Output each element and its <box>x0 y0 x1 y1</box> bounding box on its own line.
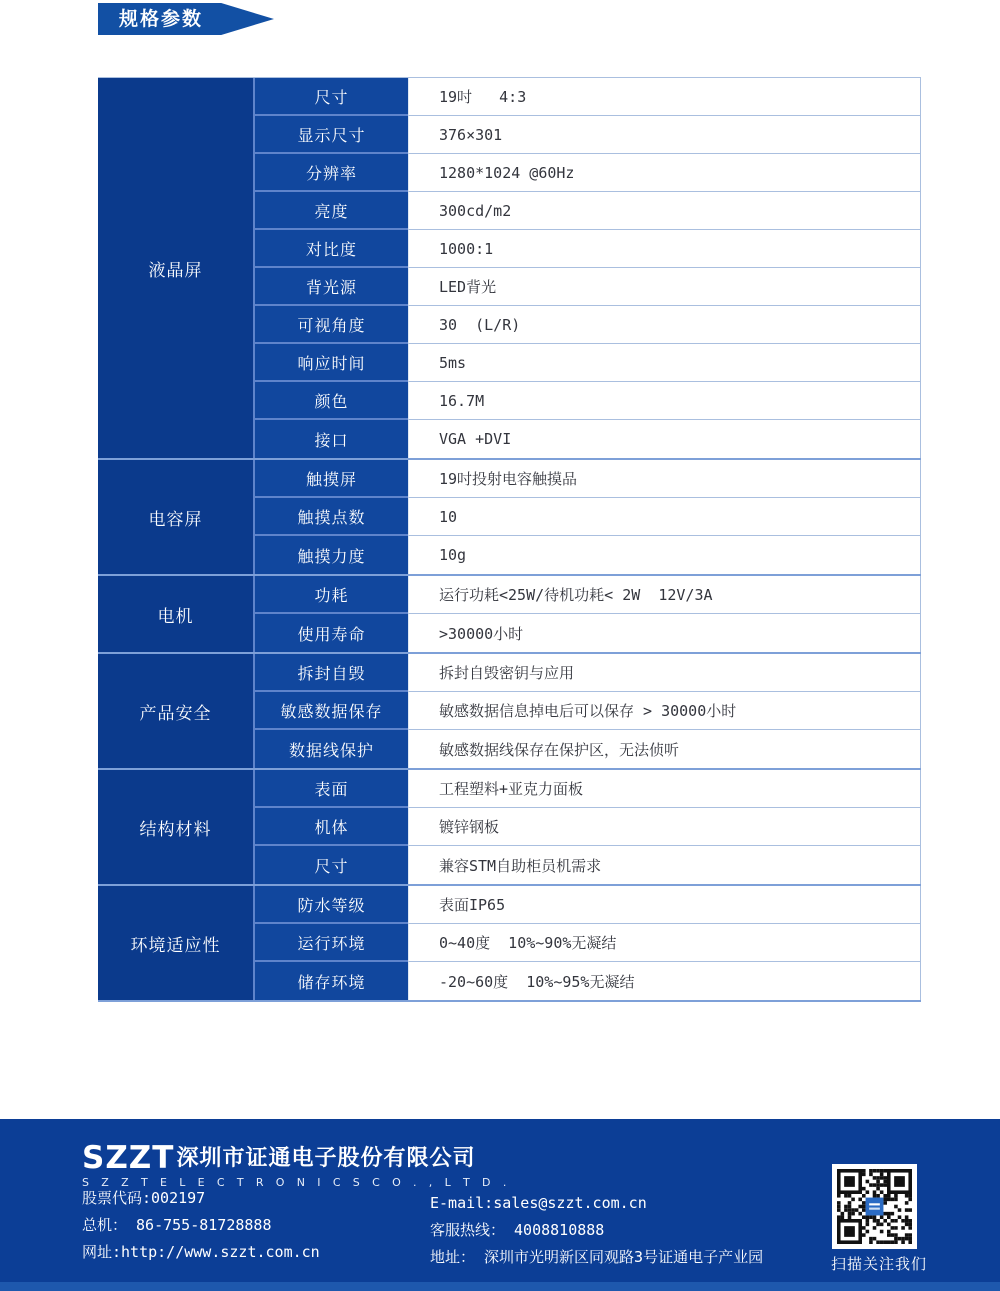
param-label: 拆封自毁 <box>255 654 408 692</box>
contact-info-left: 股票代码:002197 总机： 86-755-81728888 网址:http:… <box>82 1190 320 1271</box>
param-label: 运行环境 <box>255 924 408 962</box>
spec-section: 环境适应性 防水等级 表面IP65 运行环境 0~40度 10%~90%无凝结 … <box>98 886 921 1002</box>
param-label: 触摸点数 <box>255 498 408 536</box>
qr-code-image <box>837 1169 912 1244</box>
value-cell: 镀锌钢板 <box>408 808 921 846</box>
spec-sheet-page: 规格参数 液晶屏 尺寸 19吋 4:3 显示尺寸 376×301 分辨率 12 <box>0 0 1000 1291</box>
szzt-logo: SZZT <box>82 1143 174 1173</box>
spec-row: 触摸点数 10 <box>255 498 921 536</box>
value-cell: 10g <box>408 536 921 574</box>
spec-section: 电机 功耗 运行功耗<25W/待机功耗< 2W 12V/3A 使用寿命 >300… <box>98 576 921 654</box>
spec-row: 敏感数据保存 敏感数据信息掉电后可以保存 > 30000小时 <box>255 692 921 730</box>
website-url: 网址:http://www.szzt.com.cn <box>82 1244 320 1261</box>
value-cell: LED背光 <box>408 268 921 306</box>
param-label: 功耗 <box>255 576 408 614</box>
spec-row: 显示尺寸 376×301 <box>255 116 921 154</box>
company-address: 地址： 深圳市光明新区同观路3号证通电子产业园 <box>430 1249 763 1266</box>
spec-row: 储存环境 -20~60度 10%~95%无凝结 <box>255 962 921 1000</box>
section-rows: 拆封自毁 拆封自毁密钥与应用 敏感数据保存 敏感数据信息掉电后可以保存 > 30… <box>255 654 921 768</box>
value-cell: 兼容STM自助柜员机需求 <box>408 846 921 884</box>
param-label: 敏感数据保存 <box>255 692 408 730</box>
value-cell: 10 <box>408 498 921 536</box>
param-label: 储存环境 <box>255 962 408 1000</box>
footer-bottom-strip <box>0 1282 1000 1291</box>
value-cell: 敏感数据线保存在保护区，无法侦听 <box>408 730 921 768</box>
footer: SZZT 深圳市证通电子股份有限公司 S Z Z T E L E C T R O… <box>0 1119 1000 1291</box>
qr-caption: 扫描关注我们 <box>831 1253 927 1274</box>
spec-row: 接口 VGA +DVI <box>255 420 921 458</box>
value-cell: 19吋 4:3 <box>408 78 921 116</box>
param-label: 分辨率 <box>255 154 408 192</box>
value-cell: -20~60度 10%~95%无凝结 <box>408 962 921 1000</box>
phone-number: 总机： 86-755-81728888 <box>82 1217 320 1234</box>
spec-row: 亮度 300cd/m2 <box>255 192 921 230</box>
value-cell: 敏感数据信息掉电后可以保存 > 30000小时 <box>408 692 921 730</box>
param-label: 接口 <box>255 420 408 458</box>
qr-code <box>832 1164 917 1249</box>
value-cell: VGA +DVI <box>408 420 921 458</box>
section-rows: 功耗 运行功耗<25W/待机功耗< 2W 12V/3A 使用寿命 >30000小… <box>255 576 921 652</box>
section-rows: 尺寸 19吋 4:3 显示尺寸 376×301 分辨率 1280*1024 @6… <box>255 78 921 458</box>
value-cell: >30000小时 <box>408 614 921 652</box>
spec-row: 尺寸 兼容STM自助柜员机需求 <box>255 846 921 884</box>
param-label: 表面 <box>255 770 408 808</box>
spec-row: 功耗 运行功耗<25W/待机功耗< 2W 12V/3A <box>255 576 921 614</box>
value-cell: 16.7M <box>408 382 921 420</box>
value-cell: 19吋投射电容触摸品 <box>408 460 921 498</box>
value-cell: 表面IP65 <box>408 886 921 924</box>
category-cell: 环境适应性 <box>98 886 255 1000</box>
spec-row: 触摸屏 19吋投射电容触摸品 <box>255 460 921 498</box>
specs-title-badge: 规格参数 <box>98 3 274 35</box>
category-cell: 电容屏 <box>98 460 255 574</box>
category-cell: 电机 <box>98 576 255 652</box>
param-label: 触摸力度 <box>255 536 408 574</box>
company-logo-block: SZZT 深圳市证通电子股份有限公司 S Z Z T E L E C T R O… <box>82 1143 511 1189</box>
param-label: 亮度 <box>255 192 408 230</box>
value-cell: 0~40度 10%~90%无凝结 <box>408 924 921 962</box>
spec-row: 背光源 LED背光 <box>255 268 921 306</box>
spec-row: 颜色 16.7M <box>255 382 921 420</box>
spec-row: 表面 工程塑料+亚克力面板 <box>255 770 921 808</box>
contact-info-right: E-mail:sales@szzt.com.cn 客服热线： 400881088… <box>430 1195 763 1276</box>
spec-row: 运行环境 0~40度 10%~90%无凝结 <box>255 924 921 962</box>
value-cell: 运行功耗<25W/待机功耗< 2W 12V/3A <box>408 576 921 614</box>
value-cell: 5ms <box>408 344 921 382</box>
service-hotline: 客服热线： 4008810888 <box>430 1222 763 1239</box>
company-name-cn: 深圳市证通电子股份有限公司 <box>176 1145 475 1173</box>
category-cell: 结构材料 <box>98 770 255 884</box>
value-cell: 300cd/m2 <box>408 192 921 230</box>
param-label: 显示尺寸 <box>255 116 408 154</box>
section-rows: 防水等级 表面IP65 运行环境 0~40度 10%~90%无凝结 储存环境 -… <box>255 886 921 1000</box>
value-cell: 1280*1024 @60Hz <box>408 154 921 192</box>
spec-section: 液晶屏 尺寸 19吋 4:3 显示尺寸 376×301 分辨率 1280*102… <box>98 78 921 460</box>
specs-table: 液晶屏 尺寸 19吋 4:3 显示尺寸 376×301 分辨率 1280*102… <box>98 77 921 1002</box>
param-label: 触摸屏 <box>255 460 408 498</box>
param-label: 使用寿命 <box>255 614 408 652</box>
value-cell: 拆封自毁密钥与应用 <box>408 654 921 692</box>
spec-row: 拆封自毁 拆封自毁密钥与应用 <box>255 654 921 692</box>
spec-row: 尺寸 19吋 4:3 <box>255 78 921 116</box>
param-label: 尺寸 <box>255 78 408 116</box>
spec-row: 防水等级 表面IP65 <box>255 886 921 924</box>
param-label: 背光源 <box>255 268 408 306</box>
value-cell: 工程塑料+亚克力面板 <box>408 770 921 808</box>
section-rows: 表面 工程塑料+亚克力面板 机体 镀锌钢板 尺寸 兼容STM自助柜员机需求 <box>255 770 921 884</box>
spec-row: 机体 镀锌钢板 <box>255 808 921 846</box>
value-cell: 376×301 <box>408 116 921 154</box>
stock-code: 股票代码:002197 <box>82 1190 320 1207</box>
spec-row: 分辨率 1280*1024 @60Hz <box>255 154 921 192</box>
param-label: 对比度 <box>255 230 408 268</box>
spec-row: 对比度 1000:1 <box>255 230 921 268</box>
spec-section: 电容屏 触摸屏 19吋投射电容触摸品 触摸点数 10 触摸力度 10g <box>98 460 921 576</box>
value-cell: 1000:1 <box>408 230 921 268</box>
email-address: E-mail:sales@szzt.com.cn <box>430 1195 763 1212</box>
category-cell: 产品安全 <box>98 654 255 768</box>
param-label: 尺寸 <box>255 846 408 884</box>
spec-row: 数据线保护 敏感数据线保存在保护区，无法侦听 <box>255 730 921 768</box>
spec-row: 使用寿命 >30000小时 <box>255 614 921 652</box>
spec-section: 结构材料 表面 工程塑料+亚克力面板 机体 镀锌钢板 尺寸 兼容STM自助柜员机… <box>98 770 921 886</box>
param-label: 数据线保护 <box>255 730 408 768</box>
param-label: 防水等级 <box>255 886 408 924</box>
param-label: 可视角度 <box>255 306 408 344</box>
param-label: 响应时间 <box>255 344 408 382</box>
spec-row: 触摸力度 10g <box>255 536 921 574</box>
company-name-en: S Z Z T E L E C T R O N I C S C O . , L … <box>82 1176 511 1189</box>
category-cell: 液晶屏 <box>98 78 255 458</box>
value-cell: 30 (L/R) <box>408 306 921 344</box>
param-label: 颜色 <box>255 382 408 420</box>
spec-row: 可视角度 30 (L/R) <box>255 306 921 344</box>
spec-row: 响应时间 5ms <box>255 344 921 382</box>
param-label: 机体 <box>255 808 408 846</box>
section-rows: 触摸屏 19吋投射电容触摸品 触摸点数 10 触摸力度 10g <box>255 460 921 574</box>
spec-section: 产品安全 拆封自毁 拆封自毁密钥与应用 敏感数据保存 敏感数据信息掉电后可以保存… <box>98 654 921 770</box>
